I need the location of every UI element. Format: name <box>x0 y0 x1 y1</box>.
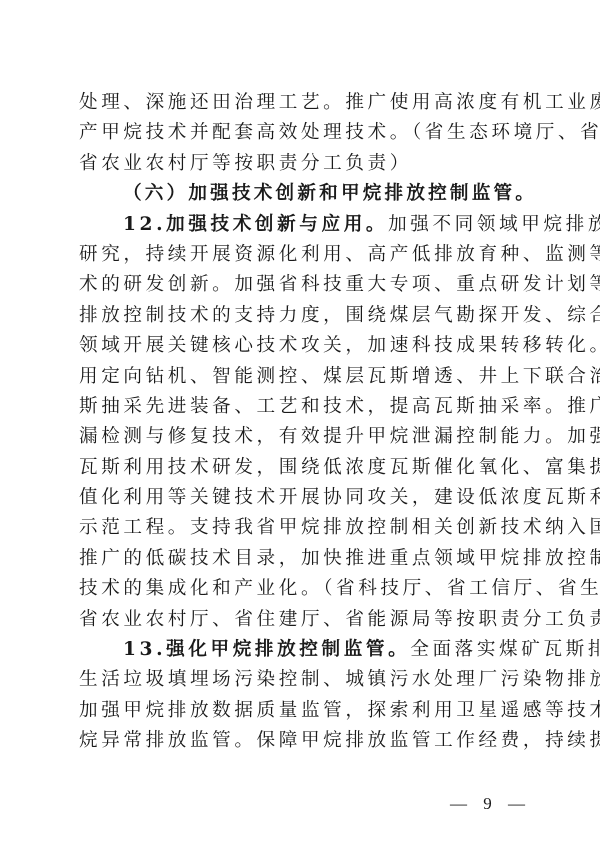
body-text-line: 烷异常排放监管。保障甲烷排放监管工作经费，持续提升专业 <box>79 726 523 756</box>
item-13-text: 全面落实煤矿瓦斯排放限值、 <box>410 639 600 660</box>
body-text-line: 研究，持续开展资源化利用、高产低排放育种、监测等关键技 <box>79 240 523 270</box>
body-text-line: 漏检测与修复技术，有效提升甲烷泄漏控制能力。加强低浓度 <box>79 422 523 452</box>
body-text-line: 排放控制技术的支持力度，围绕煤层气勘探开发、综合利用等 <box>79 301 523 331</box>
body-text-line: 技术的集成化和产业化。（省科技厅、省工信厅、省生态环境厅、 <box>79 574 523 604</box>
body-text-line: 领域开展关键核心技术攻关，加速科技成果转移转化。推广应 <box>79 331 523 361</box>
body-text-line: 瓦斯利用技术研发，围绕低浓度瓦斯催化氧化、富集提浓、高 <box>79 453 523 483</box>
item-12-text: 加强不同领域甲烷排放特征规律 <box>388 214 600 235</box>
item-13-first-line: 13.强化甲烷排放控制监管。全面落实煤矿瓦斯排放限值、 <box>79 635 523 665</box>
body-text-line: 示范工程。支持我省甲烷排放控制相关创新技术纳入国家重点 <box>79 513 523 543</box>
body-text-line: 值化利用等关键技术开展协同攻关，建设低浓度瓦斯利用技术 <box>79 483 523 513</box>
section-heading: （六）加强技术创新和甲烷排放控制监管。 <box>79 179 523 209</box>
body-text-line: 省农业农村厅、省住建厅、省能源局等按职责分工负责） <box>79 605 523 635</box>
item-12-title: 12.加强技术创新与应用。 <box>123 214 388 235</box>
body-text-line: 处理、深施还田治理工艺。推广使用高浓度有机工业废水高效 <box>79 88 523 118</box>
body-text-line: 推广的低碳技术目录，加快推进重点领域甲烷排放控制装备和 <box>79 544 523 574</box>
page-number: — 9 — <box>450 794 531 814</box>
document-page: 处理、深施还田治理工艺。推广使用高浓度有机工业废水高效 产甲烷技术并配套高效处理… <box>79 88 523 757</box>
body-text-line: 术的研发创新。加强省科技重大专项、重点研发计划等对甲烷 <box>79 270 523 300</box>
body-text-line: 斯抽采先进装备、工艺和技术，提高瓦斯抽采率。推广应用泄 <box>79 392 523 422</box>
item-13-title: 13.强化甲烷排放控制监管。 <box>123 639 410 660</box>
body-text-line: 省农业农村厅等按职责分工负责） <box>79 149 523 179</box>
item-12-first-line: 12.加强技术创新与应用。加强不同领域甲烷排放特征规律 <box>79 210 523 240</box>
body-text-line: 产甲烷技术并配套高效处理技术。（省生态环境厅、省住建厅、 <box>79 118 523 148</box>
body-text-line: 生活垃圾填埋场污染控制、城镇污水处理厂污染物排放等标准， <box>79 665 523 695</box>
body-text-line: 用定向钻机、智能测控、煤层瓦斯增透、井上下联合治理等瓦 <box>79 362 523 392</box>
body-text-line: 加强甲烷排放数据质量监管，探索利用卫星遥感等技术开展甲 <box>79 696 523 726</box>
